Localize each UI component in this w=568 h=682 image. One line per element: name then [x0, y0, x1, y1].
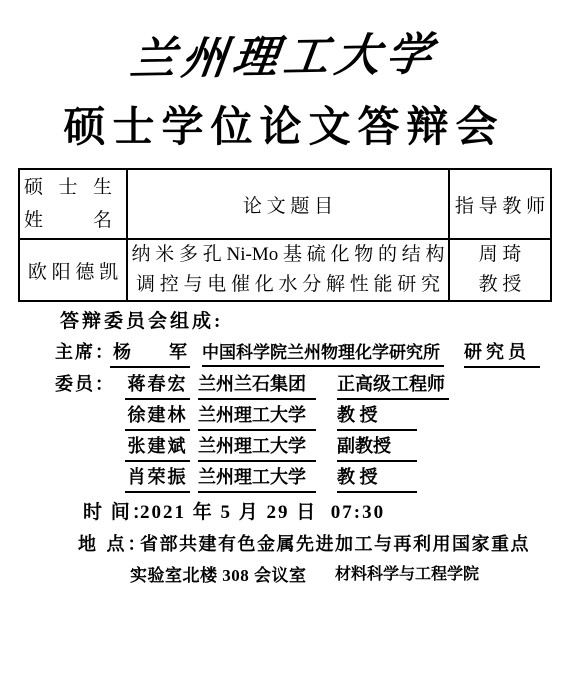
- committee-member-row: 张建斌 兰州理工大学 副教授: [0, 432, 568, 458]
- thesis-title-line1: 纳 米 多 孔 Ni-Mo 基 硫 化 物 的 结 构: [128, 240, 448, 270]
- member-title: 正高级工程师: [337, 370, 449, 400]
- location-line2: 实验室北楼 308 会议室: [130, 561, 307, 586]
- defense-announcement-page: 兰州理工大学 硕士学位论文答辩会 硕 士 生 姓 名 论 文 题 目 指 导 教…: [0, 0, 568, 682]
- committee-heading: 答辩委员会组成:: [60, 306, 223, 332]
- member-name: 张建斌: [125, 432, 190, 462]
- location-label: 地 点：: [78, 530, 149, 556]
- member-organization: 兰州理工大学: [198, 432, 316, 462]
- time-row: 时 间： 2021 年 5 月 29 日 07:30: [0, 497, 568, 523]
- header-student-line2: 姓 名: [24, 204, 112, 237]
- header-student-line1: 硕 士 生: [24, 171, 112, 204]
- chair-name: 杨 军: [110, 338, 190, 368]
- table-data-row: 欧 阳 德 凯 纳 米 多 孔 Ni-Mo 基 硫 化 物 的 结 构 调 控 …: [19, 239, 551, 301]
- member-title: 副教授: [337, 432, 417, 462]
- members-label: 委员：: [55, 370, 115, 396]
- cell-student-name: 欧 阳 德 凯: [19, 239, 127, 301]
- chair-title: 研究员: [464, 338, 540, 368]
- member-name: 徐建林: [125, 401, 190, 431]
- location-row-1: 地 点： 省部共建有色金属先进加工与再利用国家重点: [0, 530, 568, 556]
- location-line1: 省部共建有色金属先进加工与再利用国家重点: [140, 530, 530, 556]
- chair-label: 主席：: [55, 338, 115, 364]
- member-organization: 兰州理工大学: [198, 401, 316, 431]
- member-organization: 兰州兰石集团: [198, 370, 316, 400]
- committee-member-row: 徐建林 兰州理工大学 教 授: [0, 401, 568, 427]
- chair-organization: 中国科学院兰州物理化学研究所: [202, 338, 444, 367]
- university-logo-calligraphy: 兰州理工大学: [0, 23, 568, 91]
- committee-member-row: 肖荣振 兰州理工大学 教 授: [0, 463, 568, 489]
- header-cell-thesis-title: 论 文 题 目: [127, 169, 449, 239]
- time-value: 2021 年 5 月 29 日 07:30: [140, 497, 385, 524]
- cell-thesis-title: 纳 米 多 孔 Ni-Mo 基 硫 化 物 的 结 构 调 控 与 电 催 化 …: [127, 239, 449, 301]
- committee-chair-row: 主席： 杨 军 中国科学院兰州物理化学研究所 研究员: [0, 338, 568, 364]
- member-organization: 兰州理工大学: [198, 463, 316, 493]
- member-title: 教 授: [337, 463, 417, 493]
- header-cell-student-name: 硕 士 生 姓 名: [19, 169, 127, 239]
- defense-info-table: 硕 士 生 姓 名 论 文 题 目 指 导 教 师 欧 阳 德 凯 纳 米 多 …: [18, 168, 552, 302]
- location-row-2: 实验室北楼 308 会议室 材料科学与工程学院: [0, 561, 568, 587]
- member-name: 肖荣振: [125, 463, 190, 493]
- thesis-title-line2: 调 控 与 电 催 化 水 分 解 性 能 研 究: [128, 270, 448, 300]
- advisor-title: 教 授: [450, 270, 550, 300]
- host-organization: 材料科学与工程学院: [335, 561, 479, 584]
- member-title: 教 授: [337, 401, 417, 431]
- member-name: 蒋春宏: [125, 370, 190, 400]
- page-title: 硕士学位论文答辩会: [0, 100, 568, 157]
- cell-advisor: 周 琦 教 授: [449, 239, 551, 301]
- committee-member-row: 委员： 蒋春宏 兰州兰石集团 正高级工程师: [0, 370, 568, 396]
- table-header-row: 硕 士 生 姓 名 论 文 题 目 指 导 教 师: [19, 169, 551, 239]
- header-cell-advisor: 指 导 教 师: [449, 169, 551, 239]
- advisor-name: 周 琦: [450, 240, 550, 270]
